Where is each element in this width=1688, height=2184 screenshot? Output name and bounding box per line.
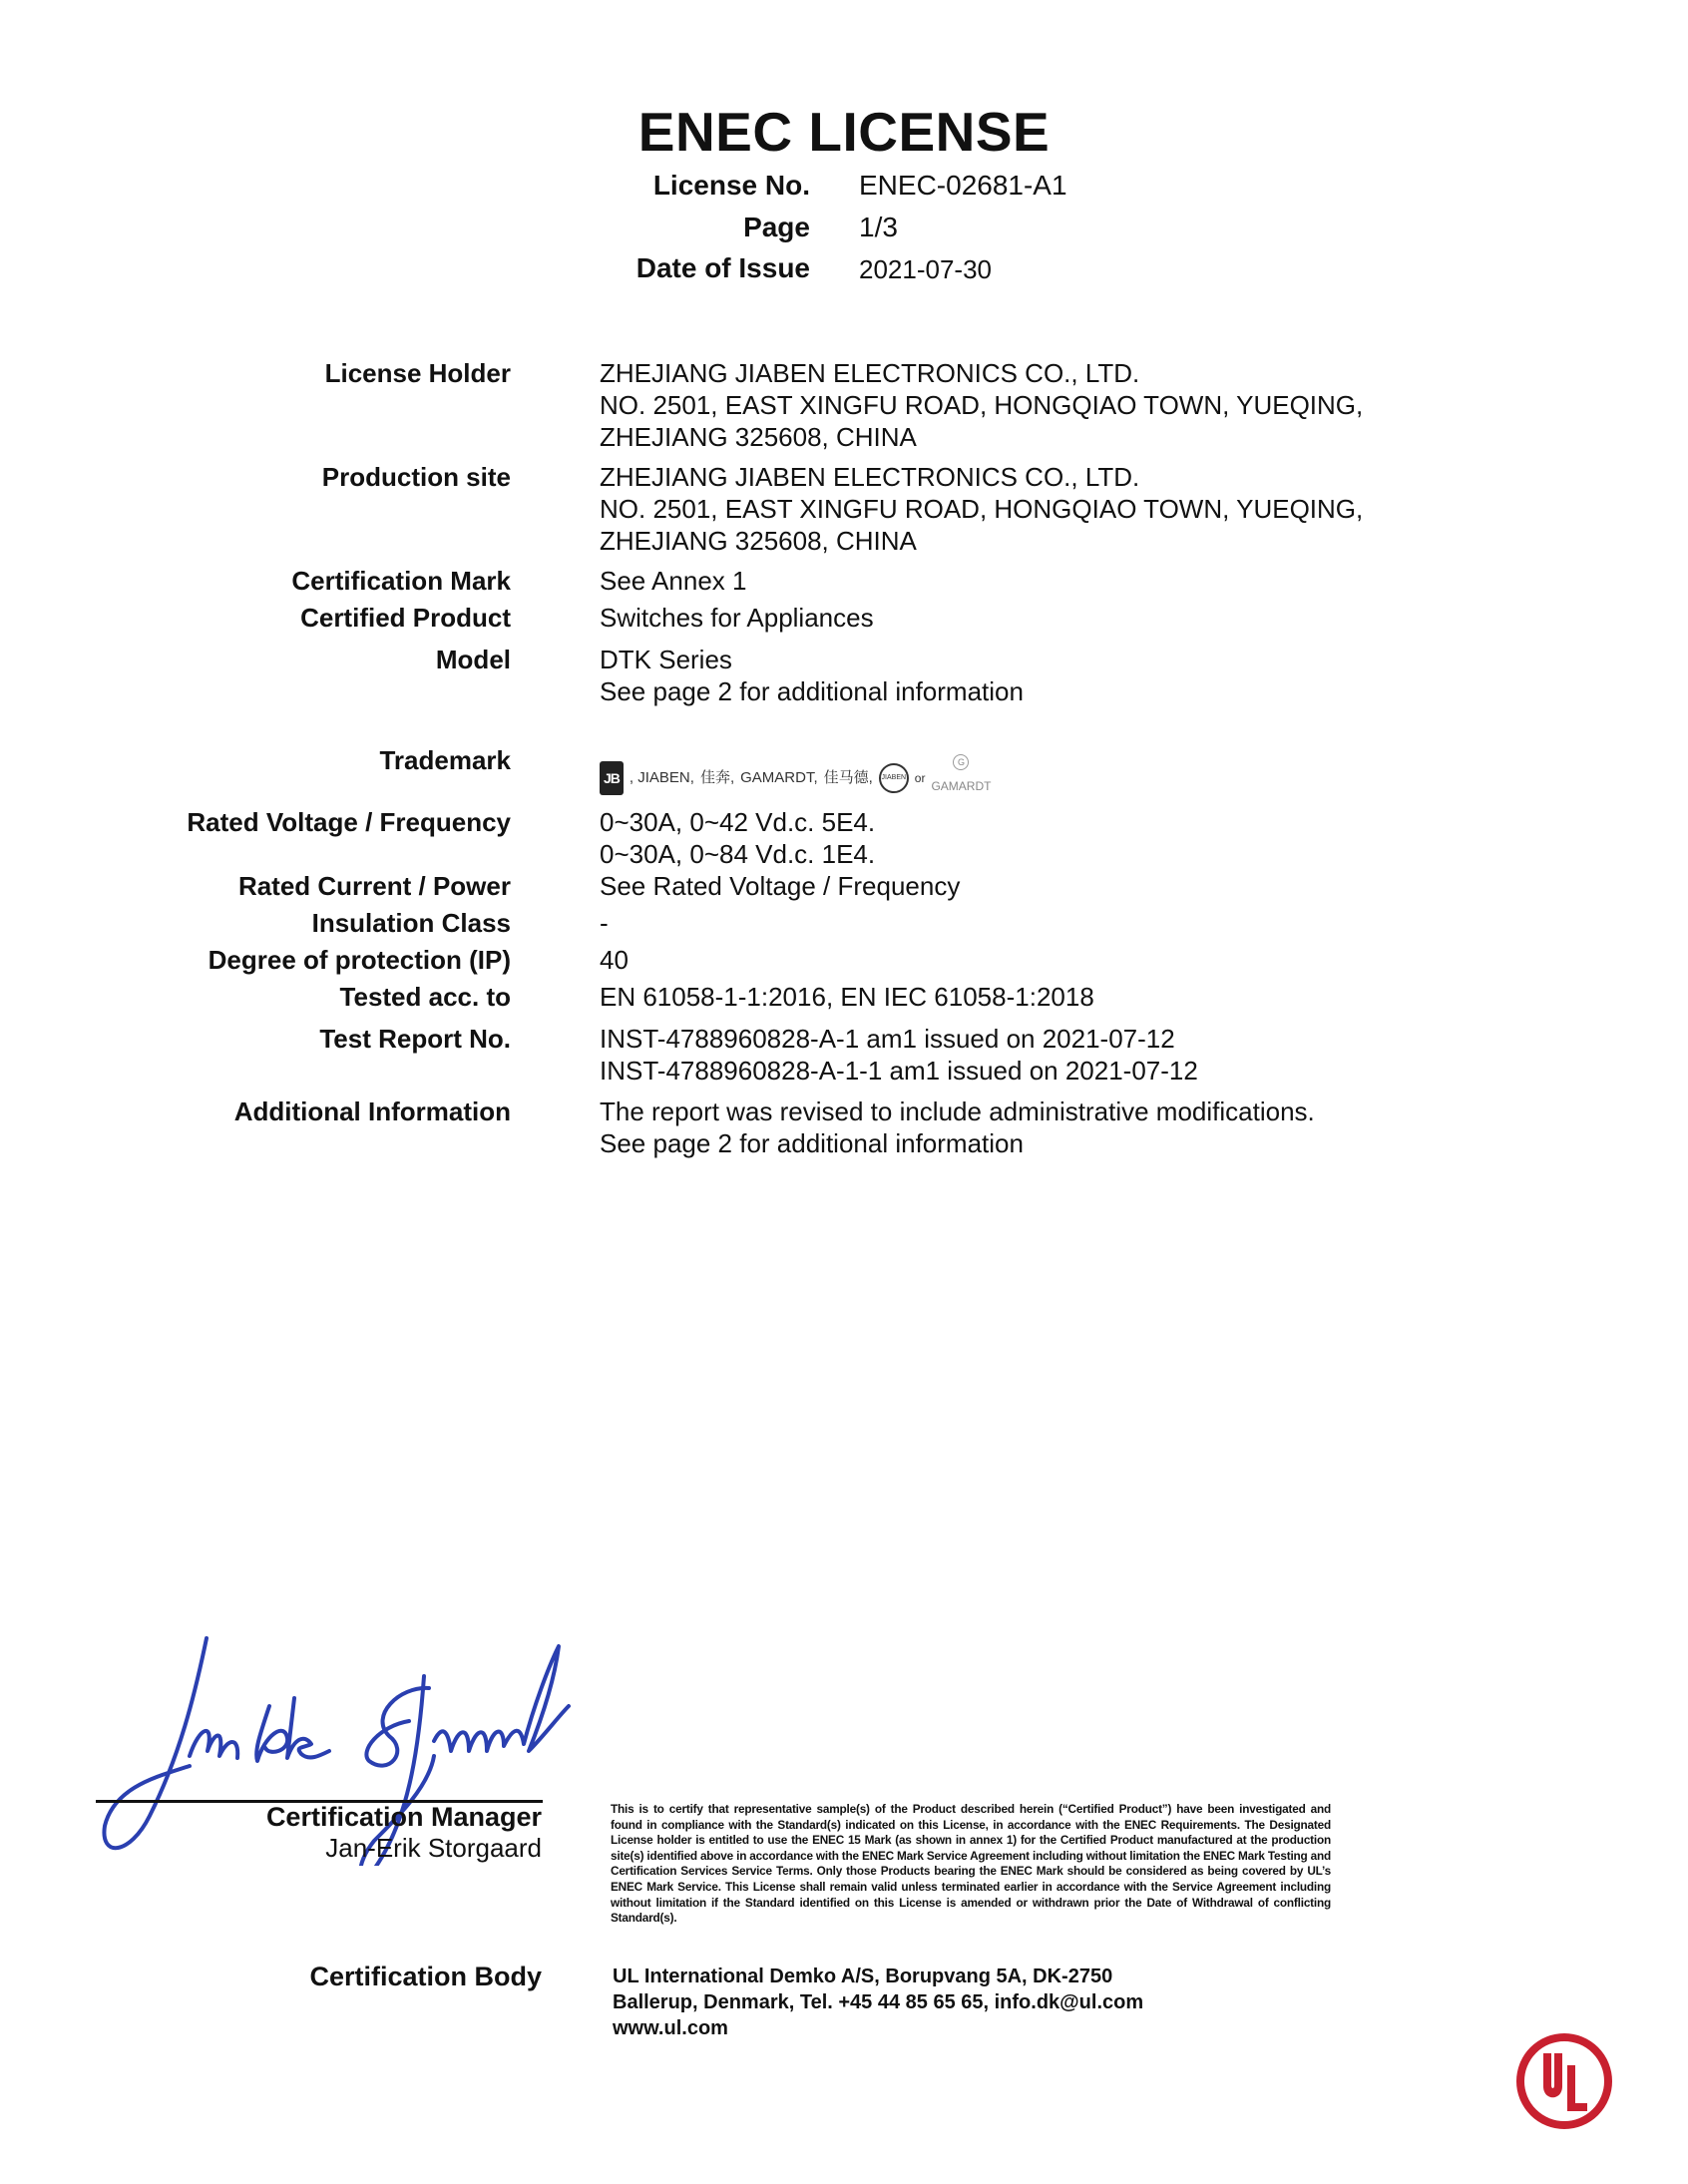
value-line: NO. 2501, EAST XINGFU ROAD, HONGQIAO TOW…: [600, 493, 1363, 525]
field-label: Tested acc. to: [0, 981, 511, 1013]
field-label: Certification Mark: [0, 565, 511, 597]
field-value: See Rated Voltage / Frequency: [600, 870, 960, 902]
jiaben-circle-logo-icon: JIABEN: [879, 763, 909, 793]
field-label: Degree of protection (IP): [0, 944, 511, 976]
value-line: 0~30A, 0~42 Vd.c. 5E4.: [600, 806, 875, 838]
value-line: See page 2 for additional information: [600, 1127, 1315, 1159]
license-no-label: License No.: [511, 170, 810, 202]
trademark-text: GAMARDT,: [740, 762, 818, 794]
document-title: ENEC LICENSE: [0, 100, 1688, 164]
field-value: ZHEJIANG JIABEN ELECTRONICS CO., LTD. NO…: [600, 357, 1363, 453]
license-no-value: ENEC-02681-A1: [859, 170, 1067, 202]
page-value: 1/3: [859, 212, 898, 243]
legal-statement: This is to certify that representative s…: [611, 1802, 1331, 1927]
jb-logo-icon: JB: [600, 761, 624, 795]
g-mark-icon: G: [953, 754, 969, 770]
field-value: The report was revised to include admini…: [600, 1095, 1315, 1159]
ul-logo-icon: [1514, 2031, 1614, 2131]
trademark-logos: JB , JIABEN, 佳奔, GAMARDT, 佳马德, JIABEN or…: [600, 754, 991, 802]
trademark-or: or: [915, 762, 926, 794]
value-line: ZHEJIANG JIABEN ELECTRONICS CO., LTD.: [600, 357, 1363, 389]
value-line: ZHEJIANG 325608, CHINA: [600, 421, 1363, 453]
value-line: NO. 2501, EAST XINGFU ROAD, HONGQIAO TOW…: [600, 389, 1363, 421]
field-label: Model: [0, 644, 511, 675]
trademark-text: 佳奔,: [700, 762, 734, 794]
field-label: Rated Voltage / Frequency: [0, 806, 511, 838]
value-line: INST-4788960828-A-1-1 am1 issued on 2021…: [600, 1055, 1198, 1087]
value-line: DTK Series: [600, 644, 1024, 675]
signatory-name: Jan-Erik Storgaard: [0, 1833, 542, 1864]
field-label: Trademark: [0, 744, 511, 776]
field-value: DTK Series See page 2 for additional inf…: [600, 644, 1024, 711]
website-link[interactable]: www.ul.com: [613, 2015, 1143, 2041]
field-value: Switches for Appliances: [600, 602, 874, 634]
value-line: See page 2 for additional information: [600, 675, 1024, 711]
trademark-text: , JIABEN,: [630, 762, 694, 794]
date-label: Date of Issue: [511, 252, 810, 284]
certification-body-label: Certification Body: [0, 1962, 542, 1992]
field-value: 40: [600, 944, 629, 976]
field-label: Insulation Class: [0, 907, 511, 939]
contact-line: Ballerup, Denmark, Tel. +45 44 85 65 65,…: [613, 1989, 1143, 2015]
field-value: EN 61058-1-1:2016, EN IEC 61058-1:2018: [600, 981, 1094, 1013]
value-line: ZHEJIANG 325608, CHINA: [600, 525, 1363, 557]
field-value: 0~30A, 0~42 Vd.c. 5E4. 0~30A, 0~84 Vd.c.…: [600, 806, 875, 870]
signatory-title: Certification Manager: [0, 1802, 542, 1833]
trademark-text: 佳马德,: [824, 762, 873, 794]
gamardt-logo-icon: G GAMARDT: [931, 754, 991, 802]
field-label: Test Report No.: [0, 1023, 511, 1055]
page-label: Page: [511, 212, 810, 243]
value-line: ZHEJIANG JIABEN ELECTRONICS CO., LTD.: [600, 461, 1363, 493]
value-line: INST-4788960828-A-1 am1 issued on 2021-0…: [600, 1023, 1198, 1055]
field-value: INST-4788960828-A-1 am1 issued on 2021-0…: [600, 1023, 1198, 1087]
field-value: ZHEJIANG JIABEN ELECTRONICS CO., LTD. NO…: [600, 461, 1363, 557]
value-line: The report was revised to include admini…: [600, 1095, 1315, 1127]
field-value: See Annex 1: [600, 565, 746, 597]
field-label: License Holder: [0, 357, 511, 389]
value-line: 0~30A, 0~84 Vd.c. 1E4.: [600, 838, 875, 870]
field-label: Rated Current / Power: [0, 870, 511, 902]
field-label: Certified Product: [0, 602, 511, 634]
field-label: Production site: [0, 461, 511, 493]
field-label: Additional Information: [0, 1095, 511, 1127]
field-value: -: [600, 907, 609, 939]
gamardt-logo-text: GAMARDT: [931, 770, 991, 802]
address-line: UL International Demko A/S, Borupvang 5A…: [613, 1964, 1143, 1989]
certification-body-value: UL International Demko A/S, Borupvang 5A…: [613, 1964, 1143, 2041]
date-value: 2021-07-30: [859, 254, 992, 285]
